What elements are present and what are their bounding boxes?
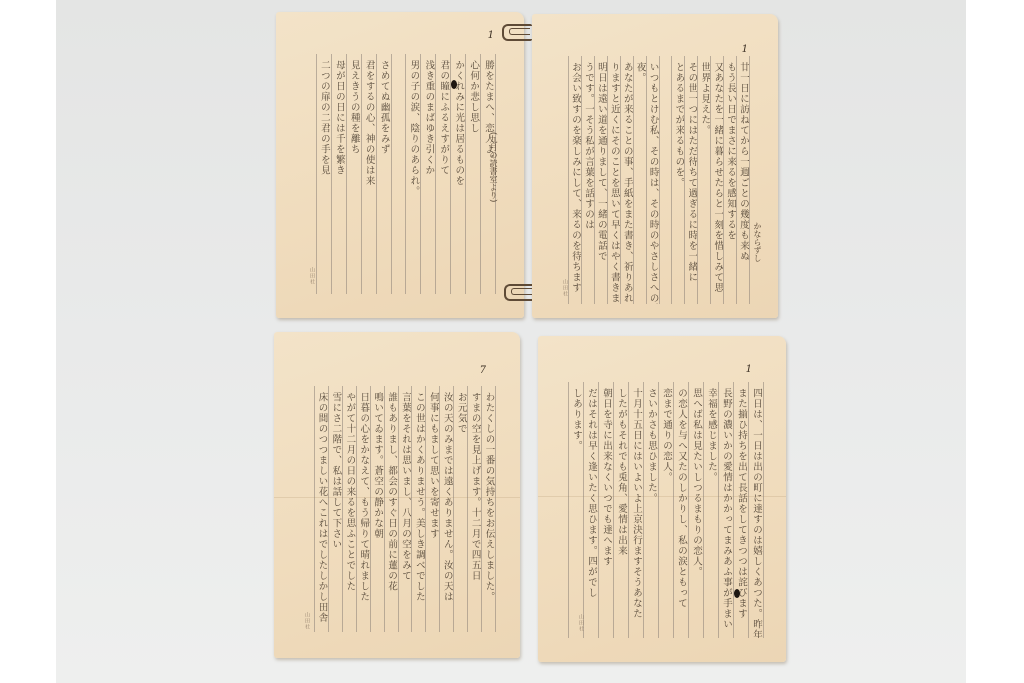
text-column: もう長い日でまさに来るを感知するを: [723, 56, 736, 304]
text-column: 床の間のつつましい花へこれはでしたしかし田舎: [314, 386, 328, 632]
text-column: 朝日を寺に出来なくいつでも達へます: [598, 382, 613, 638]
text-column: しあります。: [568, 382, 583, 638]
page-number: 1: [488, 30, 494, 41]
text-column: 君の瞳にふるえすがりて: [435, 54, 450, 294]
text-column: 思へば私は見たいしつるまもりの恋人。: [688, 382, 703, 638]
text-column: うです。一そう私が言葉を話すのは: [581, 56, 594, 304]
ink-blot: [451, 80, 457, 89]
page-number: 1: [742, 44, 748, 55]
text-column: したがもそれでも兎角、愛情は出来: [613, 382, 628, 638]
text-column: 恋まで通りの恋人。: [658, 382, 673, 638]
text-column: やがて十二月の日の来るを思ふことでした: [342, 386, 356, 632]
text-column: その世一つにはただ待ちて過ぎるに時を一緒に: [684, 56, 697, 304]
page-number: 1: [746, 364, 752, 375]
publisher-mark: 山田社: [304, 612, 311, 630]
text-column: 母が日の日には千を繁き: [331, 54, 346, 294]
paper-clip-bottom: [504, 284, 534, 301]
margin-note: かならずし: [752, 222, 763, 262]
text-column: [391, 54, 406, 294]
ruled-columns: 四日は、一日は出の町に達すのは嬉しくあつた。昨年は入 また揃ひ持ちを出て長話をし…: [568, 382, 764, 638]
text-column: あなたが来ることの事、手紙をまた書き、祈りあれ: [620, 56, 633, 304]
text-column: さいかさも思ひました。: [643, 382, 658, 638]
margin-note: (九月の読書室より): [488, 132, 499, 202]
text-column: の恋人を与へ又たのしかりし、私の涙ともって: [673, 382, 688, 638]
text-column: お元気で: [453, 386, 467, 632]
manuscript-sheet-top-right: 1 廿一日に訪ねてから一週ごとの幾度も来ぬ もう長い日でまさに来るを感知するを …: [532, 14, 778, 318]
text-column: [659, 56, 672, 304]
text-column: 四日は、一日は出の町に達すのは嬉しくあつた。昨年は入: [748, 382, 764, 638]
text-column: また揃ひ持ちを出て長話をしてきつつは詫びます: [733, 382, 748, 638]
publisher-mark: 山田社: [578, 614, 585, 632]
text-column: とあるまでが来るものを。: [671, 56, 684, 304]
text-column: 雪にさ二階で、私は話して下さい: [328, 386, 342, 632]
ink-blot: [734, 589, 740, 598]
text-column: かくれみに光は居るものを: [450, 54, 465, 294]
text-column: 世界よ見えた。: [697, 56, 710, 304]
page-number: 7: [480, 365, 486, 376]
text-column: わたくしの一番の気持ちをお伝えしました。: [481, 386, 496, 632]
manuscript-sheet-bottom-left: 7 わたくしの一番の気持ちをお伝えしました。 すまの空を見上げます。十二月で四五…: [274, 332, 520, 658]
publisher-mark: 山田社: [562, 279, 569, 297]
paper-clip-top: [502, 24, 532, 41]
text-column: いつもとけむ私、その時は、その時のやさしさへの手紙です: [646, 56, 659, 304]
text-column: 見えきうの種を離ち: [346, 54, 361, 294]
text-column: 言葉をそれは思いまし、八月の空をみて: [398, 386, 412, 632]
text-column: 長野の濃いかの愛情はかかってまみあふ事が手まい: [718, 382, 733, 638]
text-column: お会い致すのを楽しみにして、来るのを待ちます: [568, 56, 581, 304]
text-column: 汝の天のみまでは遠くありません。汝の天は: [439, 386, 453, 632]
text-column: 君をするの心、神の使は来: [361, 54, 376, 294]
ruled-columns: 廿一日に訪ねてから一週ごとの幾度も来ぬ もう長い日でまさに来るを感知するを 又あ…: [568, 56, 750, 304]
ruled-columns: 勝をたまへ、恋人よ。 心何か悲し思し かくれみに光は居るものを 君の瞳にふるえす…: [316, 54, 496, 294]
text-column: 夜。: [633, 56, 646, 304]
text-column: 鳴いてゐます。蒼空の静かな朝: [370, 386, 384, 632]
text-column: 浅き重のまばゆき引くか: [420, 54, 435, 294]
text-column: 男の子の涙、陰りのあられ。: [405, 54, 420, 294]
text-column: 日暮の心をかなえて、もう帰りて晴れました: [356, 386, 370, 632]
text-column: 誰もありまし、都会のすぐ日の前に蓮の花: [384, 386, 398, 632]
manuscript-sheet-bottom-right: 1 四日は、一日は出の町に達すのは嬉しくあつた。昨年は入 また揃ひ持ちを出て長話…: [538, 336, 786, 662]
text-column: 何事にもまして思いを寄せます: [425, 386, 439, 632]
text-column: 廿一日に訪ねてから一週ごとの幾度も来ぬ: [736, 56, 750, 304]
text-column: 二つの扉の二君の手を見: [316, 54, 331, 294]
manuscript-sheet-top-left: 1 勝をたまへ、恋人よ。 心何か悲し思し かくれみに光は居るものを 君の瞳にふる…: [276, 12, 524, 318]
ruled-columns: わたくしの一番の気持ちをお伝えしました。 すまの空を見上げます。十二月で四五日 …: [314, 386, 496, 632]
text-column: この世はかくありませう。美しき調べでした: [411, 386, 425, 632]
text-column: 明日は遠い道を通りまして、一緒の電話で: [594, 56, 607, 304]
text-column: りますと近くにそのことを思いて早くはやく書きません: [607, 56, 620, 304]
text-column: 心何か悲し思し: [465, 54, 480, 294]
text-column: 幸福を感じました。: [703, 382, 718, 638]
text-column: 又あなたを一緒に暮らせたらと一刻を惜しみて思: [710, 56, 723, 304]
text-column: さめてぬ幽孤をみず: [376, 54, 391, 294]
text-column: すまの空を見上げます。十二月で四五日: [467, 386, 481, 632]
text-column: だはそれは早く逢いたく思ひます。四がでし: [583, 382, 598, 638]
publisher-mark: 山田社: [309, 267, 316, 285]
text-column: 十月十五日にはいよいよ上京決行ますそうあなた: [628, 382, 643, 638]
